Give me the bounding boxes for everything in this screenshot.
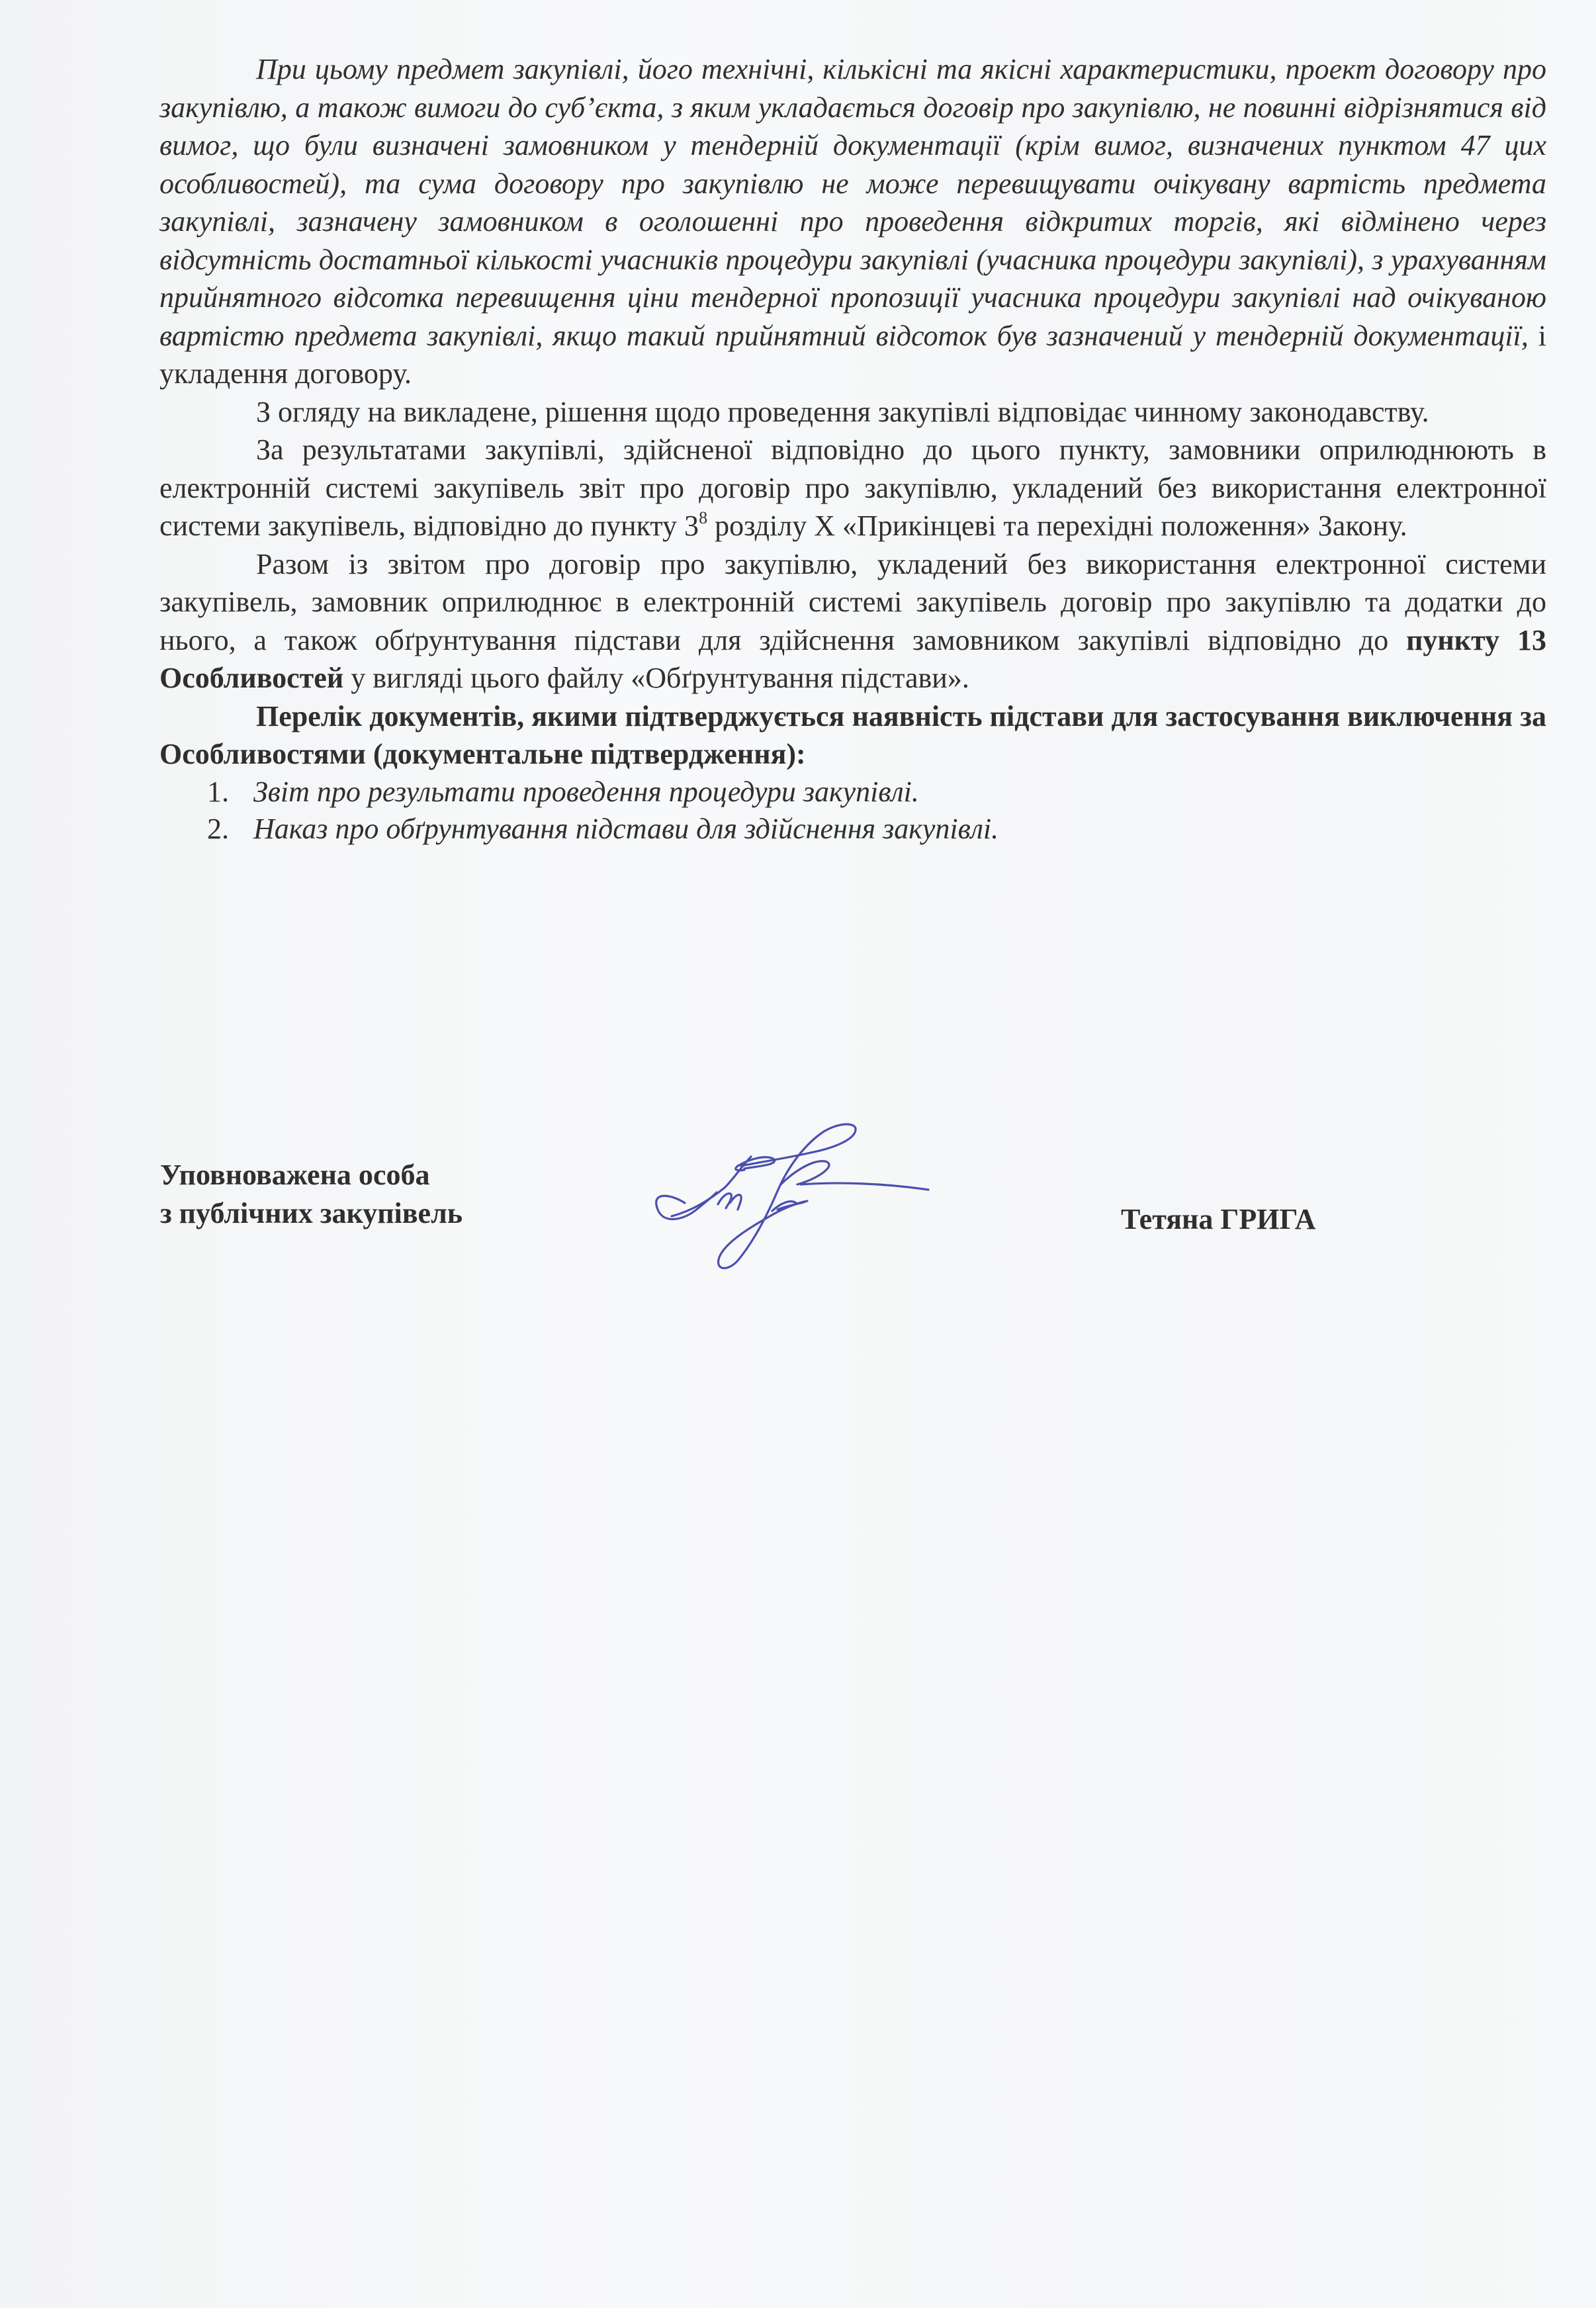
paragraph-text-continued: розділу X «Прикінцеві та перехідні полож… xyxy=(707,510,1407,542)
list-item: 2. Наказ про обґрунтування підстави для … xyxy=(159,811,1546,848)
paragraph-text: З огляду на викладене, рішення щодо пров… xyxy=(256,396,1429,428)
list-item-text: Наказ про обґрунтування підстави для зді… xyxy=(253,813,998,845)
list-item: 1. Звіт про результати проведення процед… xyxy=(159,774,1546,811)
list-item-number: 1. xyxy=(207,774,229,811)
paragraph-procurement-conditions: При цьому предмет закупівлі, його техніч… xyxy=(159,50,1546,393)
paragraph-conclusion: З огляду на викладене, рішення щодо пров… xyxy=(159,393,1546,431)
signatory-name: Тетяна ГРИГА xyxy=(1121,1200,1315,1239)
superscript-number: 8 xyxy=(699,508,707,527)
paragraph-text: Разом із звітом про договір про закупівл… xyxy=(159,548,1546,656)
signatory-position: Уповноважена особа з публічних закупівел… xyxy=(160,1156,463,1233)
position-line-1: Уповноважена особа xyxy=(160,1156,463,1194)
documents-list-heading: Перелік документів, якими підтверджуєтьс… xyxy=(159,697,1546,774)
handwritten-signature-icon xyxy=(645,1118,936,1277)
list-item-number: 2. xyxy=(207,811,229,848)
heading-text: Перелік документів, якими підтверджуєтьс… xyxy=(159,700,1546,771)
position-line-2: з публічних закупівель xyxy=(160,1194,463,1233)
paragraph-publication-report: За результатами закупівлі, здійсненої ві… xyxy=(159,431,1546,545)
paragraph-publication-contract: Разом із звітом про договір про закупівл… xyxy=(159,545,1546,697)
document-body: При цьому предмет закупівлі, його техніч… xyxy=(159,50,1546,848)
documents-list: 1. Звіт про результати проведення процед… xyxy=(159,774,1546,848)
list-item-text: Звіт про результати проведення процедури… xyxy=(253,776,919,808)
paragraph-italic-text: При цьому предмет закупівлі, його техніч… xyxy=(159,53,1546,352)
document-page: При цьому предмет закупівлі, його техніч… xyxy=(0,0,1596,2308)
paragraph-text-continued: у вигляді цього файлу «Обґрунтування під… xyxy=(343,662,969,694)
